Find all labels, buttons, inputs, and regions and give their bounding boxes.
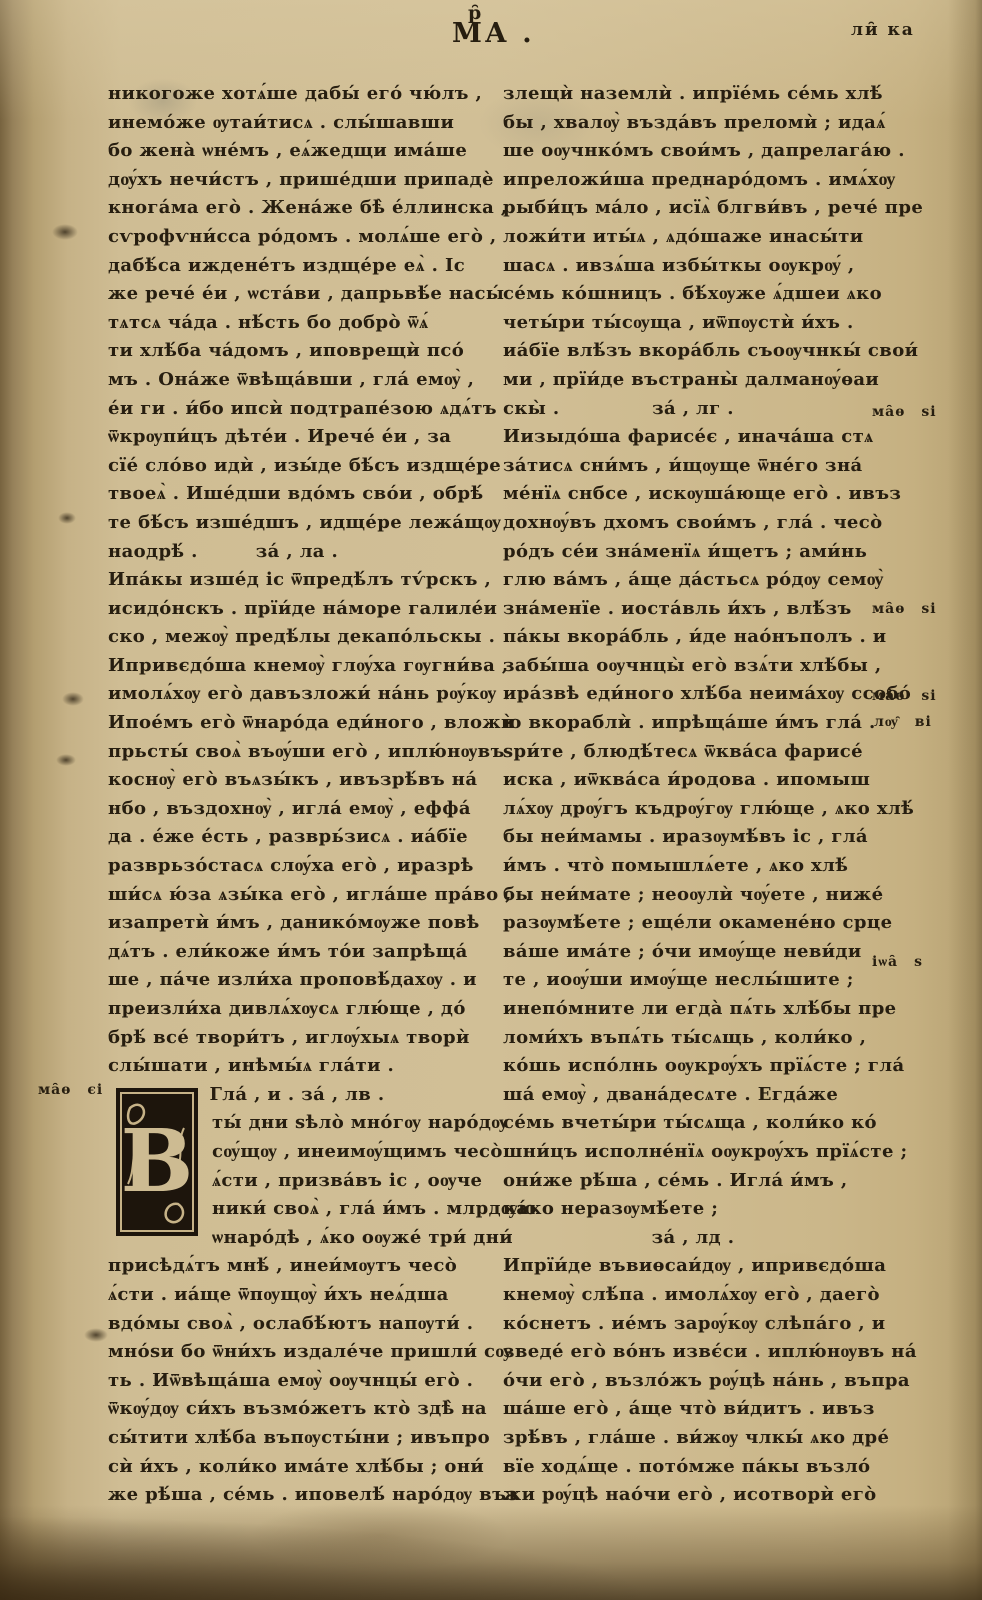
text-line: ѡнаро́дѣ , ѧ́ко оѹже́ три́ дни́ (108, 1224, 486, 1253)
text-line: коснѹ̀ его̀ въѧзы́къ , ивъзрѣ́въ на́ (108, 766, 486, 795)
text-line: ва́ше има́те ; о́чи имѹ́ще неви́ди (503, 938, 883, 967)
text-line: ми , прїи́де въстраны̀ далманѹ́ѳаи (503, 366, 883, 395)
text-line: ѧ́сти , призва́въ іс , оѹче (108, 1167, 486, 1196)
text-line: дѧ́тъ . ели́коже и́мъ то́и запрѣща́ (108, 938, 486, 967)
text-line: ложи́ти иты́ѧ , ѧдо́шаже инасы́ти (503, 223, 883, 252)
text-line: инепо́мните ли егда̀ пѧ́ть хлѣ́бы пре (503, 995, 883, 1024)
paper-stain (250, 1500, 510, 1570)
text-line: ира́звѣ еди́ного хлѣ́ба неима́хѹ ссобо́ (503, 680, 883, 709)
page-bottom-shadow (0, 1505, 982, 1600)
text-line: па́кы вкора́бль , и́де нао́нъполъ . и (503, 623, 883, 652)
text-column-right: злещѝ наземлѝ . ипрїе́мь се́мь хлѣ́бы , … (503, 80, 883, 1510)
text-line: се́мь ко́шницъ . бѣ́хѹже ѧ́дшеи ѧко (503, 280, 883, 309)
text-line: бы неи́мате ; неоѹлѝ чѹ́ете , ниже́ (503, 881, 883, 910)
margin-chapter-number: ѕі (921, 688, 936, 704)
text-line: ть . Иѿвѣща́ша емѹ̀ оѹчнцы́ его̀ . (108, 1367, 486, 1396)
text-line: Ипривєдо́ша кнемѹ̀ глѹ́ха гѹгни́ва , (108, 652, 486, 681)
text-line: вїе ходѧ́ще . пото́мже па́кы възло́ (503, 1453, 883, 1482)
text-line: прьсты́ своѧ̀ въѹ́ши его̀ , иплю́нѹвъ (108, 738, 486, 767)
text-line: мъ . Она́же ѿвѣща́вши , гла́ емѹ̀ , (108, 366, 486, 395)
text-line: бы неи́мамы . иразѹмѣ́въ іс , гла́ (503, 823, 883, 852)
text-line: за́тисѧ сни́мъ , и́щѹще ѿне́го зна́ (503, 452, 883, 481)
zachalo-heading: за́ , ла . (108, 538, 486, 567)
text-line: брѣ́ все́ твори́тъ , иглѹ́хыѧ творѝ (108, 1024, 486, 1053)
text-line: Ипа́кы изше́д іс ѿпредѣ́лъ тѵ́рскъ , (108, 566, 486, 595)
text-line: вдо́мы своѧ̀ , ослабѣ́ютъ напѹти́ . (108, 1310, 486, 1339)
text-line: тѧтсѧ ча́да . нѣ́сть бо добро̀ ѿѧ́ (108, 309, 486, 338)
text-line: ме́нїѧ снбсе , искѹша́юще его̀ . ивъз (503, 480, 883, 509)
text-line: те , иоѹ́ши имѹ́ще неслы́шите ; (503, 966, 883, 995)
text-line: разѹмѣ́ете ; еще́ли окамене́но срце (503, 909, 883, 938)
zachalo-heading: за́ , лг . (503, 395, 883, 424)
folio-number: ли̑ ка (851, 20, 915, 40)
text-line: ѿкѹ́дѹ си́хъ възмо́жетъ кто̀ здѣ̀ на (108, 1395, 486, 1424)
text-line: шни́цъ исполне́нїѧ оѹкрѹ́хъ прїѧ́сте ; (503, 1138, 883, 1167)
text-line: зна́менїе . иоста́вль и́хъ , влѣ́зъ (503, 595, 883, 624)
text-line: присѣдѧ́тъ мнѣ́ , инеи́мѹтъ чесо̀ (108, 1252, 486, 1281)
margin-chapter-number: єі (87, 1082, 103, 1098)
margin-book-abbrev: ма̑ѳ (38, 1082, 71, 1098)
text-line: шасѧ . ивзѧ́ша избы́ткы оѹкрѹ́ , (503, 252, 883, 281)
margin-chapter-number: ві (915, 714, 932, 731)
text-line: ро́дъ се́и зна́менїѧ и́щетъ ; ами́нь (503, 538, 883, 567)
margin-chapter-number: ѕі (921, 404, 936, 420)
margin-book-abbrev: ма̑ѳ (872, 601, 905, 617)
text-line: сѵрофѵни́сса ро́домъ . молѧ́ше его̀ , (108, 223, 486, 252)
text-line: зрѣ́въ , гла́ше . ви́жѹ члкы́ ѧко дре́ (503, 1424, 883, 1453)
text-line: инемо́же ѹтаи́тисѧ . слы́шавши (108, 109, 486, 138)
text-line: нбо , въздохнѹ̀ , игла́ емѹ̀ , еффа́ (108, 795, 486, 824)
text-line: е́и ги . и́бо ипсѝ подтрапе́зою ѧдѧ́тъ (108, 395, 486, 424)
text-line: сѹ́щѹ , инеимѹ́щимъ чесо̀ (108, 1138, 486, 1167)
margin-book-abbrev: лѹ̑ (874, 714, 899, 731)
binding-edge-mark (62, 692, 84, 706)
text-line: дабѣ́са иждене́тъ издще́ре еѧ̀ . Іс (108, 252, 486, 281)
text-line: злещѝ наземлѝ . ипрїе́мь се́мь хлѣ́ (503, 80, 883, 109)
text-line: и́мъ . что̀ помышлѧ́ете , ѧко хлѣ́ (503, 852, 883, 881)
text-line: ка́ко неразѹмѣ́ете ; (503, 1195, 883, 1224)
text-line: сїе́ сло́во идѝ , изы́де бѣ́съ издще́ре (108, 452, 486, 481)
text-line: ѕри́те , блюдѣ́тесѧ ѿква́са фарисе́ (503, 738, 883, 767)
text-line: о́чи его̀ , възло́жъ рѹ́цѣ на́нь , въпра (503, 1367, 883, 1396)
text-line: ша́ше его̀ , а́ще что̀ ви́дитъ . ивъз (503, 1395, 883, 1424)
text-line: ши́сѧ ю́за ѧзы́ка его̀ , игла́ше пра́во … (108, 881, 486, 910)
margin-book-abbrev: ма̑ѳ (872, 688, 905, 704)
text-line: Ипрїи́де въвиѳсаи́дѹ , ипривєдо́ша (503, 1252, 883, 1281)
text-line: зведе́ его̀ во́нъ извє́си . иплю́нѹвъ на… (503, 1338, 883, 1367)
scanned-book-page: р̑ МА . ли̑ ка В никогоже хотѧ́ше дабы́ … (0, 0, 982, 1600)
text-line: ше , па́че изли́ха проповѣ́дахѹ . и (108, 966, 486, 995)
text-line: ипреложи́ша преднаро́домъ . имѧ́хѹ (503, 166, 883, 195)
text-line: ломи́хъ въпѧ́ть ты́сѧщь , коли́ко , (503, 1024, 883, 1053)
text-line: ше оѹчнко́мъ свои́мъ , дапрелага́ю . (503, 137, 883, 166)
text-line: никогоже хотѧ́ше дабы́ его́ чю́лъ , (108, 80, 486, 109)
text-line: ники́ своѧ̀ , гла́ и́мъ . млрдѹю (108, 1195, 486, 1224)
margin-chapter-number: ѕі (921, 601, 936, 617)
text-line: преизли́ха дивлѧ́хѹсѧ глю́ще , до́ (108, 995, 486, 1024)
text-line: ты́ дни ѕѣло̀ мно́гѹ наро́дѹ (108, 1109, 486, 1138)
text-line: они́же рѣ́ша , се́мь . Игла́ и́мъ , (503, 1167, 883, 1196)
text-line: кнемѹ̀ слѣ́па . имолѧ́хѹ его̀ , даего̀ (503, 1281, 883, 1310)
text-line: четы́ри ты́сѹща , иѿпѹстѝ и́хъ . (503, 309, 883, 338)
text-line: слы́шати , инѣмы́ѧ гла́ти . (108, 1052, 486, 1081)
text-line: исидо́нскъ . прїи́де на́море галиле́и (108, 595, 486, 624)
text-line: ѿкрѹпи́цъ дѣте́и . Ирече́ е́и , за (108, 423, 486, 452)
margin-book-abbrev: іѡа̑ (872, 954, 898, 971)
margin-chapter-number: ѕ (914, 954, 923, 971)
text-line: рыби́цъ ма́ло , исїѧ̀ блгви́въ , рече́ п… (503, 194, 883, 223)
text-line: же рѣ́ша , се́мь . иповелѣ́ наро́дѹ въз (108, 1481, 486, 1510)
text-line: иа́бїе влѣ́зъ вкора́бль съоѹчнкы́ свои́ (503, 337, 883, 366)
text-line: за́ , лд . (503, 1224, 883, 1253)
binding-edge-mark (56, 754, 76, 766)
text-line: бы , хвалѹ̀ възда́въ преломѝ ; идаѧ́ (503, 109, 883, 138)
binding-edge-mark (58, 512, 76, 524)
text-line: имолѧ́хѹ его̀ давъзложи́ на́нь рѹ́кѹ . (108, 680, 486, 709)
text-line: глю ва́мъ , а́ще да́стьсѧ ро́дѹ семѹ̀ (503, 566, 883, 595)
text-line: ша́ емѹ̀ , двана́десѧте . Егда́же (503, 1081, 883, 1110)
text-line: Гла́ , и . за́ , лв . (108, 1081, 486, 1110)
text-line: бо жена̀ ѡне́мъ , еѧ́жедщи има́ше (108, 137, 486, 166)
text-line: се́мь вчеты́ри ты́сѧща , коли́ко ко́ (503, 1109, 883, 1138)
text-line: ко́шь испо́лнь оѹкрѹ́хъ прїѧ́сте ; гла́ (503, 1052, 883, 1081)
text-line: сы́тити хлѣ́ба въпѹсты́ни ; ивъпро (108, 1424, 486, 1453)
text-line: жи рѹ́цѣ нао́чи его̀ , исотворѝ его̀ (503, 1481, 883, 1510)
margin-book-abbrev: ма̑ѳ (872, 404, 905, 420)
text-line: разврьзо́стасѧ слѹ́ха его̀ , иразрѣ (108, 852, 486, 881)
page-right-edge-shading (948, 0, 982, 1600)
text-line: ско , межѹ̀ предѣ́лы декапо́льскы . (108, 623, 486, 652)
running-header-title: МА . (452, 18, 535, 49)
margin-reference-note: лѹ̑ві (874, 714, 932, 731)
margin-reference-note: іѡа̑ѕ (872, 954, 923, 971)
text-line: иска , иѿква́са и́родова . ипомыш (503, 766, 883, 795)
text-line: кнога́ма его̀ . Жена́же бѣ̀ е́ллинска , (108, 194, 486, 223)
margin-reference-note: ма̑ѳѕі (872, 688, 937, 704)
text-line: ти хлѣ́ба ча́домъ , иповрещѝ псо́ (108, 337, 486, 366)
margin-reference-note: ма̑ѳѕі (872, 601, 937, 617)
text-line: те бѣ́съ изше́дшъ , идще́ре лежа́щѹ (108, 509, 486, 538)
text-line: дохнѹ́въ дхомъ свои́мъ , гла́ . чесо̀ (503, 509, 883, 538)
text-line: мно́ѕи бо ѿни́хъ издале́че пришли́ сѹ (108, 1338, 486, 1367)
text-line: Ипое́мъ его̀ ѿнаро́да еди́ного , вложѝ (108, 709, 486, 738)
text-line: лѧ́хѹ дрѹ́гъ къдрѹ́гѹ глю́ще , ѧко хлѣ́ (503, 795, 883, 824)
text-line: Иизыдо́ша фарисе́є , инача́ша стѧ (503, 423, 883, 452)
text-column-left: В никогоже хотѧ́ше дабы́ его́ чю́лъ ,ине… (108, 80, 486, 1510)
text-line: изапретѝ и́мъ , данико́мѹже повѣ (108, 909, 486, 938)
text-line: наодрѣ́ .за́ , ла . (108, 538, 486, 567)
text-line: да . е́же е́сть , разврь́зисѧ . иа́бїе (108, 823, 486, 852)
text-line: ю вкораблѝ . ипрѣща́ше и́мъ гла́ . (503, 709, 883, 738)
binding-edge-mark (84, 1328, 108, 1342)
margin-reference-note: ма̑ѳѕі (872, 404, 937, 420)
text-line: забы́ша оѹчнцы̀ его̀ взѧ́ти хлѣ́бы , (503, 652, 883, 681)
text-line: дѹ́хъ нечи́стъ , прише́дши припадѐ (108, 166, 486, 195)
margin-reference-note: ма̑ѳєі (38, 1082, 103, 1098)
text-line: же рече́ е́и , ѡста́ви , дапрьвѣ́е насы́ (108, 280, 486, 309)
text-line: твоеѧ̀ . Ише́дши вдо́мъ сво́и , обрѣ́ (108, 480, 486, 509)
text-line: скы̀ .за́ , лг . (503, 395, 883, 424)
text-line: ѧ́сти . иа́ще ѿпѹщѹ̀ и́хъ неѧ́дша (108, 1281, 486, 1310)
text-line: сѝ и́хъ , коли́ко има́те хлѣ́бы ; они́ (108, 1453, 486, 1482)
binding-edge-mark (52, 224, 78, 240)
text-line: ко́снетъ . ие́мъ зарѹ́кѹ слѣпа́го , и (503, 1310, 883, 1339)
